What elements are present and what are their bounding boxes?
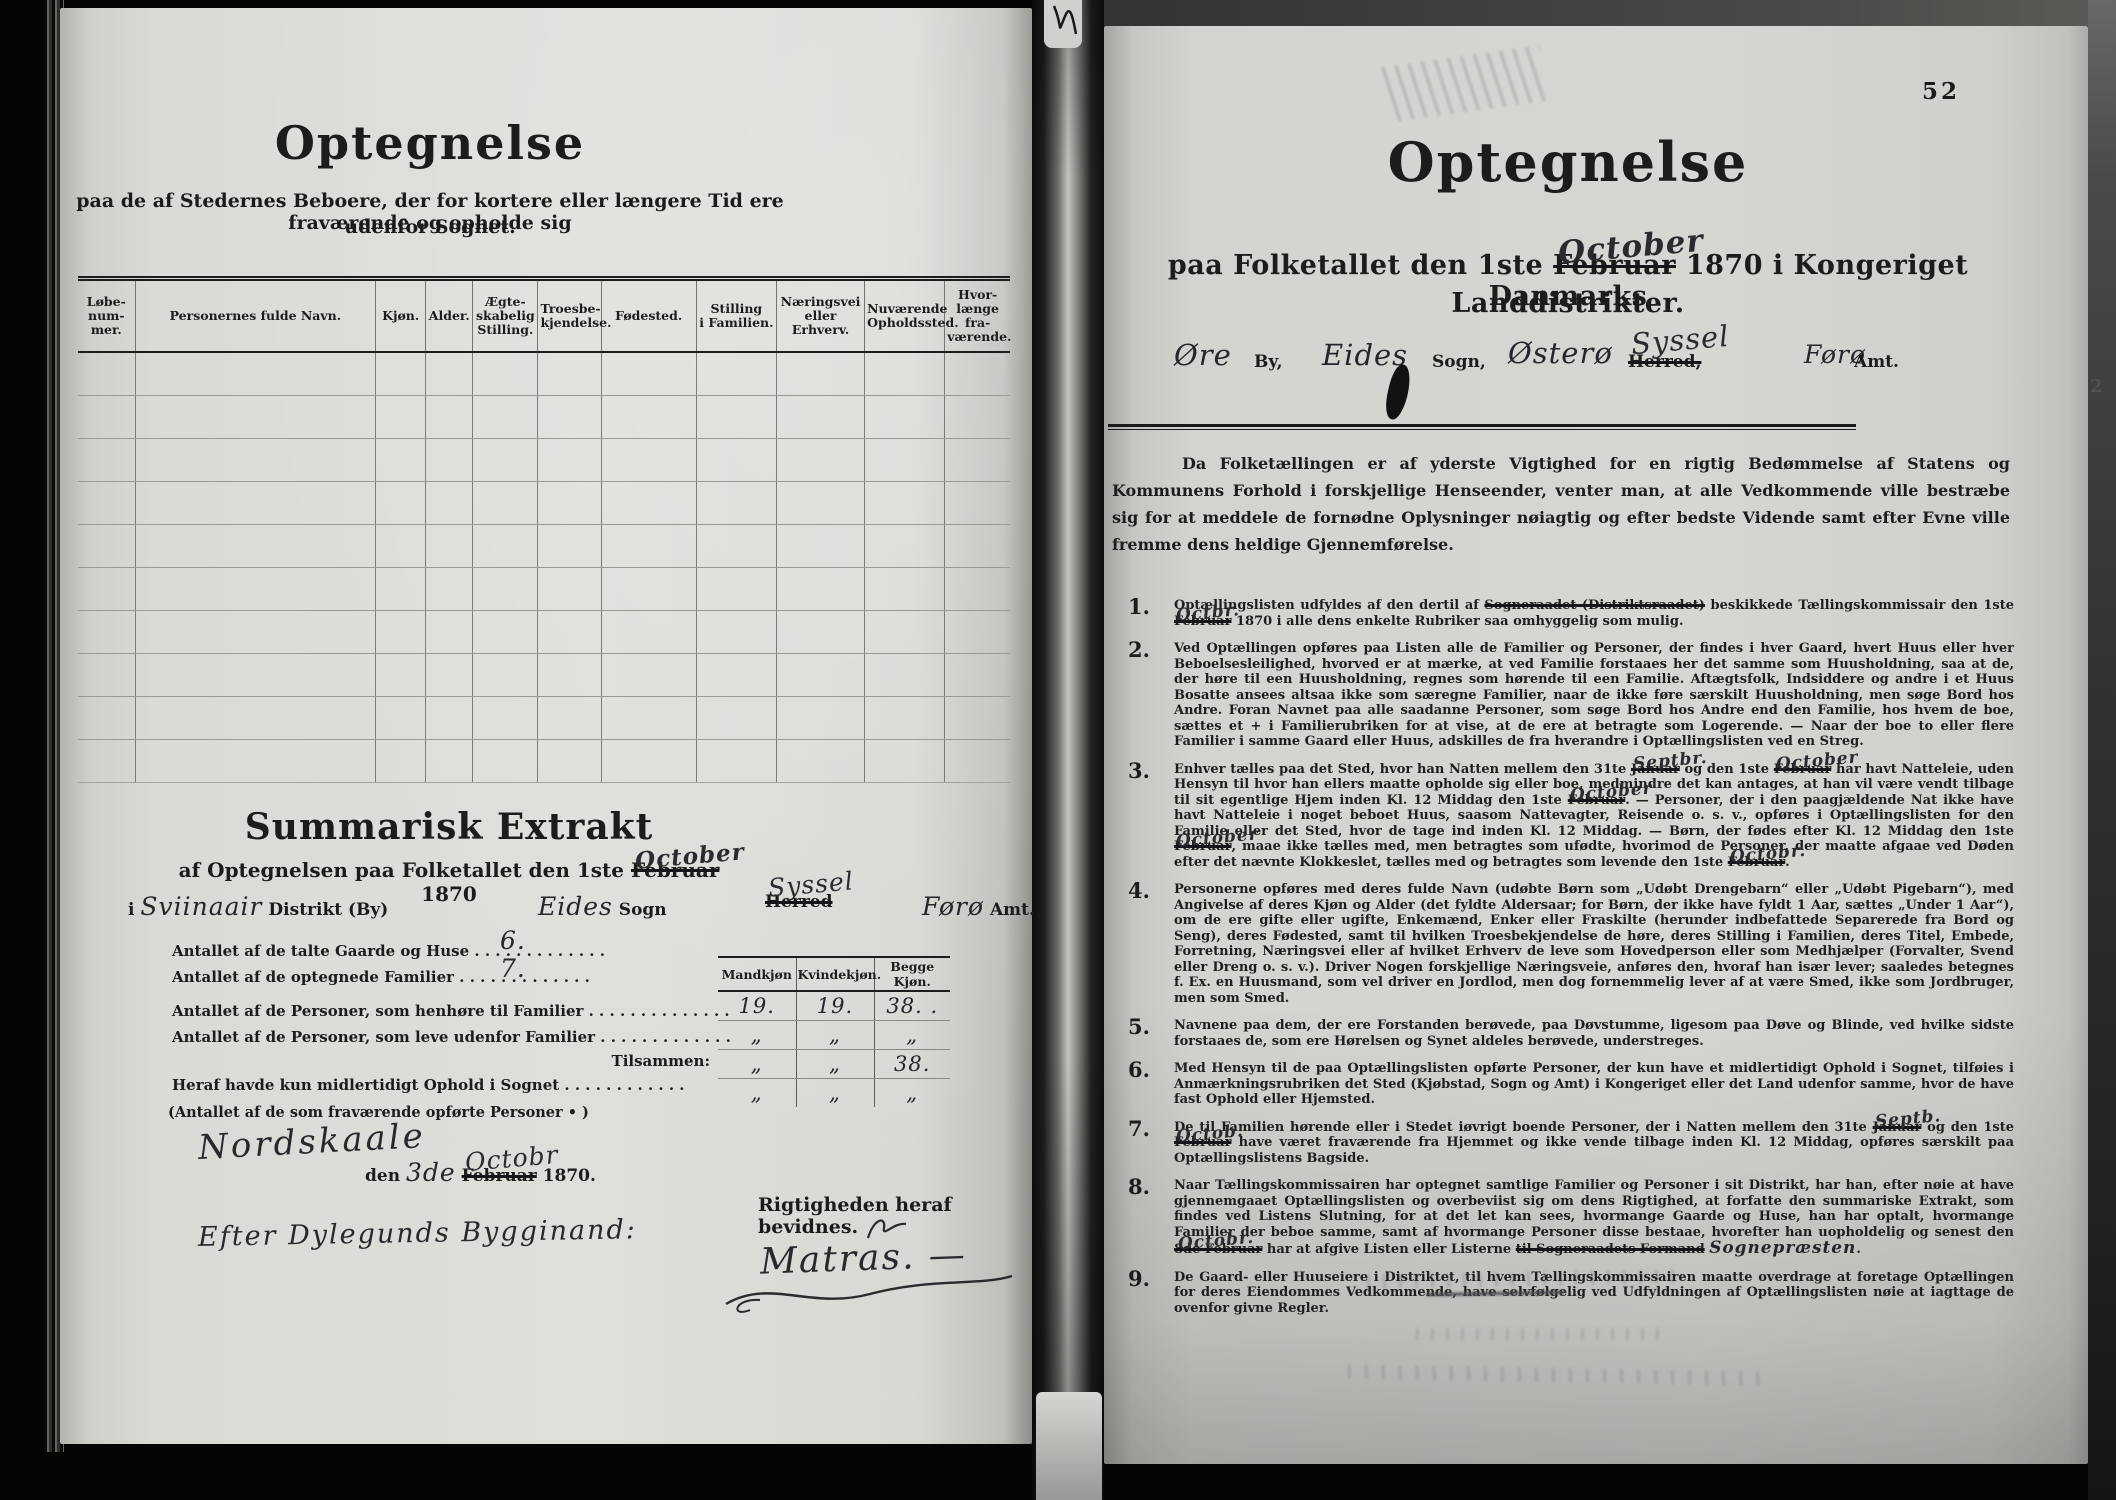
ghost-writing-line-2: [1404, 1328, 1664, 1340]
scan-top-strip: [1104, 0, 2088, 26]
empty-cell: [538, 740, 601, 783]
row-udenfor-label: Antallet af de Personer, som leve udenfo…: [172, 1028, 731, 1046]
item-text: Personerne opføres med deres fulde Navn …: [1174, 882, 2014, 1006]
empty-cell: [426, 396, 473, 439]
empty-cell: [473, 697, 538, 740]
empty-cell: [601, 740, 696, 783]
empty-row: [78, 740, 1010, 783]
empty-cell: [376, 611, 426, 654]
col-header-alder: Alder.: [426, 279, 473, 353]
udenfor-begge: „: [874, 1021, 950, 1050]
intro-paragraph: Da Folketællingen er af yderste Vigtighe…: [1112, 450, 2010, 558]
herred-label: SysselHerred,: [1628, 352, 1701, 372]
udenfor-kvinde: „: [796, 1021, 874, 1050]
empty-cell: [601, 697, 696, 740]
empty-cell: [376, 654, 426, 697]
empty-cell: [135, 439, 376, 482]
item-number: 1.: [1128, 598, 1174, 629]
empty-cell: [135, 525, 376, 568]
binding-bottom-highlight: [1036, 1392, 1102, 1500]
instruction-item-6: 6. Med Hensyn til de paa Optællingsliste…: [1128, 1061, 2014, 1108]
extract-district-field: i Sviinaair Distrikt (By): [128, 892, 388, 921]
udenfor-values-row: „ „ „: [718, 1021, 950, 1050]
empty-cell: [696, 568, 776, 611]
item-number: 9.: [1128, 1270, 1174, 1317]
item-text: Naar Tællingskommissairen har optegnet s…: [1174, 1178, 2014, 1258]
empty-cell: [538, 525, 601, 568]
absence-table-wrap: Løbe- num- mer. Personernes fulde Navn. …: [78, 276, 1010, 783]
empty-cell: [78, 654, 135, 697]
item-number: 5.: [1128, 1018, 1174, 1049]
extract-herred-field: SysselHerred: [765, 892, 833, 912]
col-header-foedested: Fødested.: [601, 279, 696, 353]
extract-amt-field: Førø Amt.: [922, 892, 1035, 921]
empty-cell: [538, 352, 601, 396]
empty-cell: [865, 654, 945, 697]
empty-cell: [376, 525, 426, 568]
empty-row: [78, 525, 1010, 568]
empty-cell: [473, 525, 538, 568]
item-number: 8.: [1128, 1178, 1174, 1258]
instructions-list: 1. Optællingslisten udfyldes af den dert…: [1128, 598, 2014, 1328]
empty-cell: [78, 352, 135, 396]
absence-table-body: [78, 352, 1010, 783]
ghost-writing-top: [1381, 45, 1547, 123]
row-gaarde-label: Antallet af de talte Gaarde og Huse . . …: [172, 942, 605, 960]
empty-cell: [945, 396, 1010, 439]
empty-cell: [426, 439, 473, 482]
empty-cell: [776, 525, 864, 568]
empty-cell: [78, 611, 135, 654]
item-text: Med Hensyn til de paa Optællingslisten o…: [1174, 1061, 2014, 1108]
empty-cell: [376, 352, 426, 396]
edge-pencil-mark: 2: [2090, 376, 2103, 397]
col-header-loebenummer: Løbe- num- mer.: [78, 279, 135, 353]
empty-cell: [945, 697, 1010, 740]
empty-cell: [696, 439, 776, 482]
scan-right-edge: [2088, 0, 2116, 1500]
empty-cell: [78, 482, 135, 525]
page-number: 52: [1922, 78, 1960, 105]
empty-cell: [376, 482, 426, 525]
right-page-title: Optegnelse: [1118, 130, 2018, 194]
tilsammen-values-row: „ „ 38.: [718, 1050, 950, 1079]
empty-cell: [945, 568, 1010, 611]
empty-cell: [473, 654, 538, 697]
empty-cell: [945, 352, 1010, 396]
by-label: By,: [1254, 352, 1283, 372]
empty-cell: [473, 568, 538, 611]
empty-cell: [135, 352, 376, 396]
empty-row: [78, 396, 1010, 439]
clause-handwriting: Efter Dylegunds Bygginand:: [198, 1214, 637, 1253]
empty-cell: [945, 654, 1010, 697]
empty-cell: [426, 352, 473, 396]
empty-cell: [945, 740, 1010, 783]
midlertidigt-kvinde: „: [796, 1079, 874, 1108]
empty-cell: [376, 697, 426, 740]
empty-cell: [426, 611, 473, 654]
empty-cell: [776, 482, 864, 525]
empty-cell: [865, 525, 945, 568]
empty-cell: [426, 654, 473, 697]
empty-cell: [135, 740, 376, 783]
extract-sogn-field: Eides Sogn: [538, 892, 667, 921]
empty-cell: [865, 697, 945, 740]
empty-cell: [538, 482, 601, 525]
empty-row: [78, 482, 1010, 525]
signature-underline-icon: [720, 1260, 1020, 1316]
empty-row: [78, 439, 1010, 482]
col-header-aegteskabelig: Ægte- skabelig Stilling.: [473, 279, 538, 353]
row-familier-label: Antallet af de optegnede Familier . . . …: [172, 968, 590, 986]
empty-cell: [78, 525, 135, 568]
col-mandkjoen: Mandkjøn: [718, 957, 796, 991]
item-number: 6.: [1128, 1061, 1174, 1108]
henhoere-kvinde: 19.: [796, 991, 874, 1021]
by-handwriting: Øre: [1174, 338, 1232, 372]
absence-table: Løbe- num- mer. Personernes fulde Navn. …: [78, 276, 1010, 783]
sex-count-table: Mandkjøn Kvindekjøn. Begge Kjøn. 19. 19.…: [718, 956, 950, 1107]
item-text: Optællingslisten udfyldes af den dertil …: [1174, 598, 2014, 629]
col-header-naeringsvei: Næringsvei eller Erhverv.: [776, 279, 864, 353]
header-rule: [1108, 424, 1856, 430]
tilsammen-begge: 38.: [874, 1050, 950, 1079]
empty-cell: [945, 439, 1010, 482]
midlertidigt-begge: „: [874, 1079, 950, 1108]
empty-cell: [78, 740, 135, 783]
empty-cell: [78, 396, 135, 439]
empty-cell: [538, 439, 601, 482]
empty-cell: [865, 396, 945, 439]
item-text: Enhver tælles paa det Sted, hvor han Nat…: [1174, 762, 2014, 871]
sex-count-header-row: Mandkjøn Kvindekjøn. Begge Kjøn.: [718, 957, 950, 991]
empty-cell: [945, 611, 1010, 654]
empty-cell: [601, 611, 696, 654]
empty-cell: [135, 654, 376, 697]
row-midlertidigt-label: Heraf havde kun midlertidigt Ophold i So…: [172, 1076, 685, 1094]
absence-table-header-row: Løbe- num- mer. Personernes fulde Navn. …: [78, 279, 1010, 353]
right-page-subtitle-line2: Landdistrikter.: [1118, 288, 2018, 319]
empty-cell: [426, 740, 473, 783]
empty-row: [78, 697, 1010, 740]
empty-cell: [426, 525, 473, 568]
empty-cell: [538, 611, 601, 654]
empty-cell: [696, 611, 776, 654]
item-text: Ved Optællingen opføres paa Listen alle …: [1174, 641, 2014, 750]
empty-cell: [78, 697, 135, 740]
empty-cell: [696, 352, 776, 396]
henhoere-begge: 38. .: [874, 991, 950, 1021]
empty-cell: [776, 740, 864, 783]
row-tilsammen-label: Tilsammen:: [540, 1052, 710, 1070]
instruction-item-5: 5. Navnene paa dem, der ere Forstanden b…: [1128, 1018, 2014, 1049]
empty-cell: [696, 654, 776, 697]
date-line: den 3de OctobrFebruar 1870.: [365, 1158, 596, 1187]
empty-cell: [376, 396, 426, 439]
instruction-item-1: 1. Optællingslisten udfyldes af den dert…: [1128, 598, 2014, 629]
empty-cell: [601, 439, 696, 482]
empty-cell: [135, 611, 376, 654]
empty-cell: [696, 482, 776, 525]
empty-row: [78, 568, 1010, 611]
left-page: Optegnelse paa de af Stedernes Beboere, …: [60, 8, 1032, 1444]
empty-cell: [601, 352, 696, 396]
row-henhoere-label: Antallet af de Personer, som henhøre til…: [172, 1002, 730, 1020]
herred-handwriting: Østerø: [1508, 336, 1613, 370]
empty-row: [78, 654, 1010, 697]
empty-cell: [776, 654, 864, 697]
empty-cell: [865, 352, 945, 396]
left-page-title: Optegnelse: [210, 116, 650, 170]
item-number: 3.: [1128, 762, 1174, 871]
empty-cell: [473, 352, 538, 396]
ghost-writing-line-3: [1334, 1364, 1764, 1386]
empty-cell: [696, 697, 776, 740]
instruction-item-4: 4. Personerne opføres med deres fulde Na…: [1128, 882, 2014, 1006]
scanned-census-spread: 2 Optegnelse paa de af Stedernes Beboere…: [0, 0, 2116, 1500]
empty-cell: [865, 568, 945, 611]
empty-cell: [696, 396, 776, 439]
tilsammen-mand: „: [718, 1050, 796, 1079]
row-gaarde-value: 6.: [500, 926, 526, 955]
empty-cell: [473, 482, 538, 525]
empty-cell: [865, 439, 945, 482]
item-number: 2.: [1128, 641, 1174, 750]
empty-cell: [601, 654, 696, 697]
empty-cell: [601, 396, 696, 439]
empty-cell: [78, 568, 135, 611]
col-kvindekjoen: Kvindekjøn.: [796, 957, 874, 991]
empty-cell: [776, 697, 864, 740]
empty-cell: [376, 568, 426, 611]
empty-cell: [945, 482, 1010, 525]
empty-cell: [865, 740, 945, 783]
col-header-kjoen: Kjøn.: [376, 279, 426, 353]
item-text: Navnene paa dem, der ere Forstanden berø…: [1174, 1018, 2014, 1049]
empty-cell: [135, 568, 376, 611]
row-familier-value: 7.: [500, 954, 526, 983]
empty-cell: [601, 525, 696, 568]
empty-cell: [696, 740, 776, 783]
empty-cell: [865, 482, 945, 525]
empty-cell: [426, 697, 473, 740]
empty-cell: [473, 396, 538, 439]
empty-cell: [538, 396, 601, 439]
instruction-item-7: 7. De til Familien hørende eller i Stede…: [1128, 1120, 2014, 1167]
empty-cell: [135, 697, 376, 740]
empty-cell: [538, 654, 601, 697]
midlertidigt-values-row: „ „ „: [718, 1079, 950, 1108]
empty-cell: [473, 439, 538, 482]
sogn-handwriting: Eides: [1322, 338, 1408, 372]
empty-cell: [865, 611, 945, 654]
empty-cell: [473, 740, 538, 783]
item-number: 7.: [1128, 1120, 1174, 1167]
empty-cell: [776, 352, 864, 396]
henhoere-values-row: 19. 19. 38. .: [718, 991, 950, 1021]
binding-top-tab: [1044, 0, 1082, 48]
empty-cell: [601, 482, 696, 525]
empty-cell: [376, 740, 426, 783]
empty-cell: [538, 697, 601, 740]
empty-cell: [945, 525, 1010, 568]
empty-cell: [426, 482, 473, 525]
col-header-troesbekjendelse: Troesbe- kjendelse.: [538, 279, 601, 353]
ink-squiggle-icon: [1044, 0, 1082, 48]
item-number: 4.: [1128, 882, 1174, 1006]
empty-cell: [135, 396, 376, 439]
item-text: De til Familien hørende eller i Stedet i…: [1174, 1120, 2014, 1167]
instruction-item-2: 2. Ved Optællingen opføres paa Listen al…: [1128, 641, 2014, 750]
sex-count-table-wrap: Mandkjøn Kvindekjøn. Begge Kjøn. 19. 19.…: [718, 956, 950, 1107]
col-begge-kjoen: Begge Kjøn.: [874, 957, 950, 991]
empty-cell: [601, 568, 696, 611]
col-header-stilling-familien: Stilling i Familien.: [696, 279, 776, 353]
empty-cell: [473, 611, 538, 654]
empty-cell: [776, 396, 864, 439]
amt-label: Amt.: [1854, 352, 1899, 372]
empty-cell: [538, 568, 601, 611]
tilsammen-kvinde: „: [796, 1050, 874, 1079]
empty-cell: [376, 439, 426, 482]
binding-shadow: [1032, 0, 1104, 1500]
midlertidigt-mand: „: [718, 1079, 796, 1108]
empty-cell: [696, 525, 776, 568]
empty-row: [78, 352, 1010, 396]
col-header-fulde-navn: Personernes fulde Navn.: [135, 279, 376, 353]
instruction-item-8: 8. Naar Tællingskommissairen har optegne…: [1128, 1178, 2014, 1258]
empty-cell: [426, 568, 473, 611]
empty-cell: [78, 439, 135, 482]
empty-cell: [776, 568, 864, 611]
instruction-item-3: 3. Enhver tælles paa det Sted, hvor han …: [1128, 762, 2014, 871]
right-page: 52 Optegnelse paa Folketallet den 1ste O…: [1104, 26, 2088, 1464]
empty-cell: [776, 439, 864, 482]
extract-title: Summarisk Extrakt: [199, 806, 699, 848]
left-page-subtitle-line2: udenfor Sognet.: [75, 216, 785, 238]
sogn-label: Sogn,: [1432, 352, 1486, 372]
empty-row: [78, 611, 1010, 654]
col-header-opholdssted: Nuværende Opholdssted.: [865, 279, 945, 353]
empty-cell: [135, 482, 376, 525]
empty-cell: [776, 611, 864, 654]
